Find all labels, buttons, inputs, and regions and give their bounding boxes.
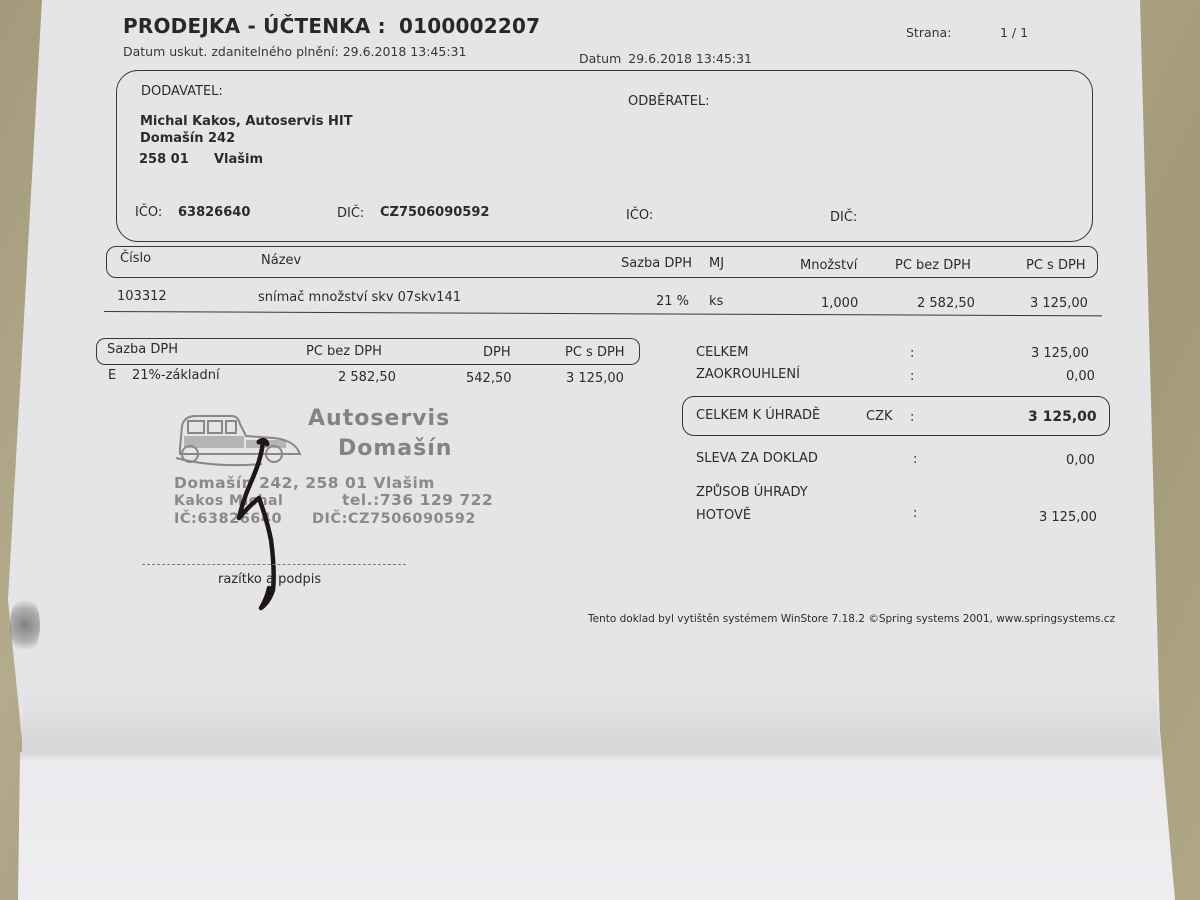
item-price-without-vat: 2 582,50 [917,296,975,311]
item-price-with-vat: 3 125,00 [1030,296,1088,311]
paper-lower-fold [0,752,1200,900]
col-name: Název [261,253,301,268]
supplier-street: Domašín 242 [140,131,235,146]
payment-value: 3 125,00 [1039,510,1097,525]
discount-label: SLEVA ZA DOKLAD [696,451,818,466]
vat-amount: 542,50 [466,371,512,386]
amount-due-sep: : [910,410,914,425]
taxable-date: Datum uskut. zdanitelného plnění: 29.6.2… [123,44,466,59]
supplier-dic-value: CZ7506090592 [380,205,489,220]
stamp-brand-line2: Domašín [338,436,452,461]
issue-date-value: 29.6.2018 13:45:31 [628,51,752,66]
item-unit: ks [709,294,723,309]
taxable-date-value: 29.6.2018 13:45:31 [343,44,467,59]
document-number: 0100002207 [399,14,540,38]
company-stamp: Autoservis Domašín Domašín 242, 258 01 V… [170,400,510,540]
supplier-name: Michal Kakos, Autoservis HIT [140,114,353,129]
signature-label: razítko a podpis [218,572,321,587]
col-number: Číslo [120,251,151,266]
discount-sep: : [913,452,917,467]
supplier-zip: 258 01 [139,152,189,167]
vat-without: 2 582,50 [338,370,396,385]
supplier-heading: DODAVATEL: [141,84,223,99]
col-price-with-vat: PC s DPH [1026,258,1086,273]
rounding-label: ZAOKROUHLENÍ [696,367,800,382]
col-price-without-vat: PC bez DPH [895,258,971,273]
customer-ico-label: IČO: [626,208,653,223]
stamp-phone: tel.:736 129 722 [342,491,493,509]
taxable-date-label: Datum uskut. zdanitelného plnění: [123,44,339,59]
amount-due-label: CELKEM K ÚHRADĚ [696,408,820,423]
handwritten-signature [225,430,305,620]
amount-due-currency: CZK [866,409,893,424]
vat-rate-name: 21%-základní [132,368,220,383]
stamp-dic: DIČ:CZ7506090592 [312,511,476,527]
supplier-ico-value: 63826640 [178,205,250,220]
stamp-brand-line1: Autoservis [308,406,450,431]
vat-col-rate: Sazba DPH [107,342,178,357]
item-name: snímač množství skv 07skv141 [258,290,461,305]
total-value: 3 125,00 [1031,346,1089,361]
item-quantity: 1,000 [821,296,858,311]
payment-sep: : [913,506,917,521]
footer-note: Tento doklad byl vytištěn systémem WinSt… [588,613,1115,625]
supplier-dic-label: DIČ: [337,206,364,221]
ink-stain [10,595,40,655]
payment-method: HOTOVĚ [696,508,751,523]
issue-date: Datum 29.6.2018 13:45:31 [579,51,752,66]
signature-line [142,564,406,565]
discount-value: 0,00 [1066,453,1095,468]
title-text: PRODEJKA - ÚČTENKA : [123,14,386,38]
page-label: Strana: [906,25,951,40]
amount-due-value: 3 125,00 [1028,409,1097,425]
rounding-value: 0,00 [1066,369,1095,384]
vat-code: E [108,368,116,383]
item-number: 103312 [117,289,167,304]
item-vat-rate: 21 % [656,294,689,309]
issue-date-label: Datum [579,51,621,66]
col-quantity: Množství [800,258,857,273]
vat-col-vat: DPH [483,345,511,360]
col-vat-rate: Sazba DPH [621,256,692,271]
rounding-sep: : [910,369,914,384]
vat-with: 3 125,00 [566,371,624,386]
paper-fold-shadow [0,690,1200,752]
col-unit: MJ [709,256,724,271]
vat-col-without: PC bez DPH [306,344,382,359]
customer-dic-label: DIČ: [830,210,857,225]
page-number: 1 / 1 [1000,25,1028,40]
customer-heading: ODBĚRATEL: [628,94,710,109]
total-sep: : [910,346,914,361]
supplier-city: Vlašim [214,152,263,167]
document-title: PRODEJKA - ÚČTENKA : 0100002207 [123,14,540,38]
supplier-ico-label: IČO: [135,205,162,220]
total-label: CELKEM [696,345,749,360]
vat-col-with: PC s DPH [565,345,625,360]
payment-method-label: ZPŮSOB ÚHRADY [696,485,808,500]
